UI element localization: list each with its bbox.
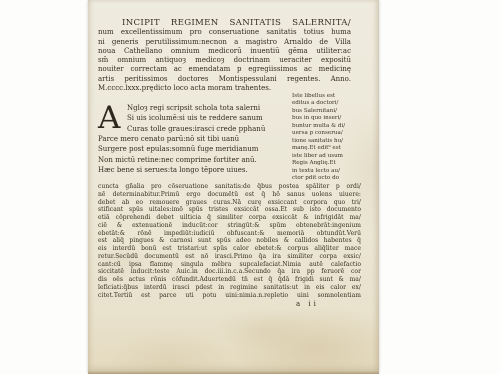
margin-note-line: manę.Et edit⁹ est: [292, 145, 354, 152]
verse-line: Parce mero cenato parū:nō sit tibi uanū: [98, 134, 295, 144]
verse-line: Ngloȝ regi scripsit schola tota salerni: [127, 103, 295, 113]
margin-note-line: buntur multa & di/: [292, 123, 354, 130]
margin-note: Iste libellus est editus a doctori/ bus …: [292, 93, 354, 182]
incipit-heading: INCIPIT REGIMEN SANITATIS SALERNITA/ num…: [98, 19, 351, 93]
margin-note-line: ctor pdit octo do: [292, 175, 354, 182]
margin-note-line: tione sanitatis hu/: [292, 138, 354, 145]
signature-mark: a ii: [296, 300, 340, 308]
paragraph-line: leficiati:q̄bus interdū irasci pdest in …: [98, 284, 361, 292]
heading-line: noua Cathellano omnium medicorū inuentiū…: [98, 47, 351, 56]
body-paragraph: cuncta gñalia pro cōseruatione sanitatis…: [98, 183, 361, 299]
margin-note-line: bus in quo inseri/: [292, 115, 354, 122]
paragraph-line: siccitatē inducit:teste Auic.in doc.iii.…: [98, 268, 361, 276]
verse-line: Surgere post epulas:somnū fuge meridianu…: [98, 144, 295, 154]
heading-line: nouiter correctam ac emendatam p egregii…: [98, 65, 351, 74]
margin-note-line: Regis Anglię.Et: [292, 160, 354, 167]
verse-line: Hæc bene si serues:ta longo tēpore uiues…: [98, 165, 295, 175]
verse-line: Non mictū retine:nec comprime fortiter a…: [98, 155, 295, 165]
margin-note-line: iste liber ad usum: [292, 153, 354, 160]
paragraph-line: eis interdū bonū est tristari:ut spūs ca…: [98, 245, 361, 253]
paragraph-line: dis oēs actus rōnis cōfundit.Aduertendū …: [98, 276, 361, 284]
paragraph-line: nē determinabitur.Primū ergo documētū es…: [98, 191, 361, 199]
paragraph-line: stificant spūs uitales:imō spūs tristes …: [98, 206, 361, 214]
book-page: INCIPIT REGIMEN SANITATIS SALERNITA/ num…: [88, 0, 379, 374]
heading-line: ni generis perutilissimum:necnon a magis…: [98, 38, 351, 47]
margin-note-line: editus a doctori/: [292, 100, 354, 107]
salerno-verse: A Ngloȝ regi scripsit schola tota salern…: [98, 103, 295, 175]
verse-line: Si uis icolumē:si uis te reddere sanum: [127, 113, 295, 123]
heading-line: num excellentissimum pro conseruatione s…: [98, 28, 351, 37]
paragraph-line: ciē & extenuationē inducūt:cor stringūt:…: [98, 222, 361, 230]
heading-line: sm̄ omnium antiquoȝ medicoȝ doctrinam ue…: [98, 56, 351, 65]
paragraph-line: ebetāt:& rōnē impediūt:iudiciū obfuscant…: [98, 230, 361, 238]
heading-line: M.cccc.lxxx.prędicto loco acta moram tra…: [98, 84, 351, 93]
margin-note-line: bus Salernitani/: [292, 108, 354, 115]
paragraph-line: debet ab eo remouere graues curas.Nā cur…: [98, 199, 361, 207]
paragraph-line: cant:cū ipsa flammę singula mēbra supcal…: [98, 261, 361, 269]
margin-note-line: in textu lecto au/: [292, 168, 354, 175]
paragraph-line: citet.Tertiū est parce uti potu uini:nim…: [98, 292, 361, 300]
paragraph-line: est aliq̄ pingues & carnosi sunt spūs ad…: [98, 237, 361, 245]
margin-note-line: Iste libellus est: [292, 93, 354, 100]
verse-line: Curas tolle graues:irasci crede pphanū: [127, 124, 295, 134]
margin-note-line: uersa p conserua/: [292, 130, 354, 137]
drop-cap-initial: A: [98, 105, 124, 133]
heading-line: INCIPIT REGIMEN SANITATIS SALERNITA/: [98, 19, 351, 28]
paragraph-line: cuncta gñalia pro cōseruatione sanitatis…: [98, 183, 361, 191]
heading-line: artis peritissimos doctores Montispessul…: [98, 75, 351, 84]
paragraph-line: etiā cōprehendi debet uilticia q̄ simili…: [98, 214, 361, 222]
paragraph-line: retur.Secūdū documentū est nō irasci.Pri…: [98, 253, 361, 261]
